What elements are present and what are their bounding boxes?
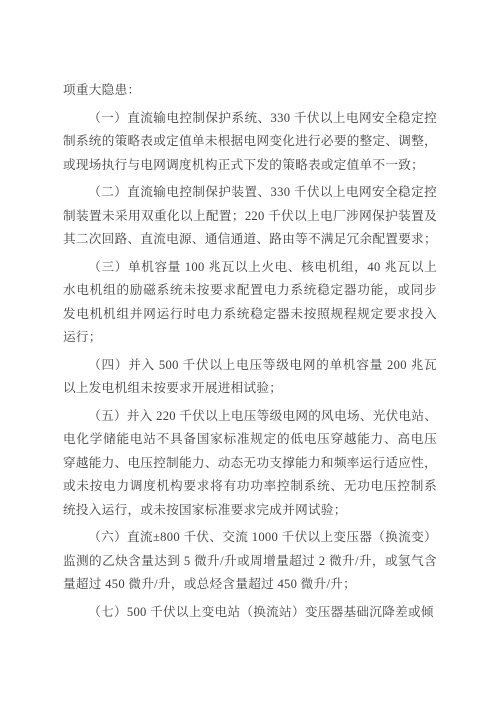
text-line: 发电机机组并网运行时电力系统稳定器未按照规程规定要求投入: [63, 303, 437, 327]
paragraph: （六）直流±800 千伏、交流 1000 千伏以上变压器（换流变）监测的乙炔含量…: [63, 526, 437, 597]
text-line: 电化学储能电站不具备国家标准规定的低电压穿越能力、高电压: [63, 428, 437, 452]
paragraph: （一）直流输电控制保护系统、330 千伏以上电网安全稳定控制系统的策略表或定值单…: [63, 107, 437, 178]
text-line: （六）直流±800 千伏、交流 1000 千伏以上变压器（换流变）: [63, 526, 437, 550]
paragraph: 项重大隐患：: [63, 79, 437, 103]
document-page: 项重大隐患： （一）直流输电控制保护系统、330 千伏以上电网安全稳定控制系统的…: [0, 0, 500, 707]
text-line: （一）直流输电控制保护系统、330 千伏以上电网安全稳定控: [63, 107, 437, 131]
text-line: （五）并入 220 千伏以上电压等级电网的风电场、光伏电站、: [63, 405, 437, 429]
paragraph: （三）单机容量 100 兆瓦以上火电、核电机组，40 兆瓦以上水电机组的励磁系统…: [63, 256, 437, 350]
text-line: 或现场执行与电网调度机构正式下发的策略表或定值单不一致；: [63, 154, 437, 178]
text-line: 量超过 450 微升/升，或总烃含量超过 450 微升/升；: [63, 573, 437, 597]
paragraph: （二）直流输电控制保护装置、330 千伏以上电网安全稳定控制装置未采用双重化以上…: [63, 181, 437, 252]
text-line: 制系统的策略表或定值单未根据电网变化进行必要的整定、调整，: [63, 130, 437, 154]
paragraph: （四）并入 500 千伏以上电压等级电网的单机容量 200 兆瓦以上发电机组未按…: [63, 354, 437, 401]
text-line: 运行；: [63, 326, 437, 350]
document-body: 项重大隐患： （一）直流输电控制保护系统、330 千伏以上电网安全稳定控制系统的…: [63, 79, 437, 628]
paragraph: （五）并入 220 千伏以上电压等级电网的风电场、光伏电站、电化学储能电站不具备…: [63, 405, 437, 523]
text-line: 其二次回路、直流电源、通信通道、路由等不满足冗余配置要求；: [63, 228, 437, 252]
text-line: （四）并入 500 千伏以上电压等级电网的单机容量 200 兆瓦: [63, 354, 437, 378]
text-line: 水电机组的励磁系统未按要求配置电力系统稳定器功能，或同步: [63, 279, 437, 303]
text-line: 监测的乙炔含量达到 5 微升/升或周增量超过 2 微升/升，或氢气含: [63, 550, 437, 574]
text-line: 统投入运行，或未按国家标准要求完成并网试验；: [63, 499, 437, 523]
text-line: （七）500 千伏以上变电站（换流站）变压器基础沉降差或倾: [63, 601, 437, 625]
text-line: （二）直流输电控制保护装置、330 千伏以上电网安全稳定控: [63, 181, 437, 205]
text-line: 或未按电力调度机构要求将有功功率控制系统、无功电压控制系: [63, 475, 437, 499]
text-line: 穿越能力、电压控制能力、动态无功支撑能力和频率运行适应性，: [63, 452, 437, 476]
text-line: 项重大隐患：: [63, 79, 437, 103]
paragraph: （七）500 千伏以上变电站（换流站）变压器基础沉降差或倾: [63, 601, 437, 625]
text-line: （三）单机容量 100 兆瓦以上火电、核电机组，40 兆瓦以上: [63, 256, 437, 280]
text-line: 制装置未采用双重化以上配置；220 千伏以上电厂涉网保护装置及: [63, 205, 437, 229]
text-line: 以上发电机组未按要求开展进相试验；: [63, 377, 437, 401]
